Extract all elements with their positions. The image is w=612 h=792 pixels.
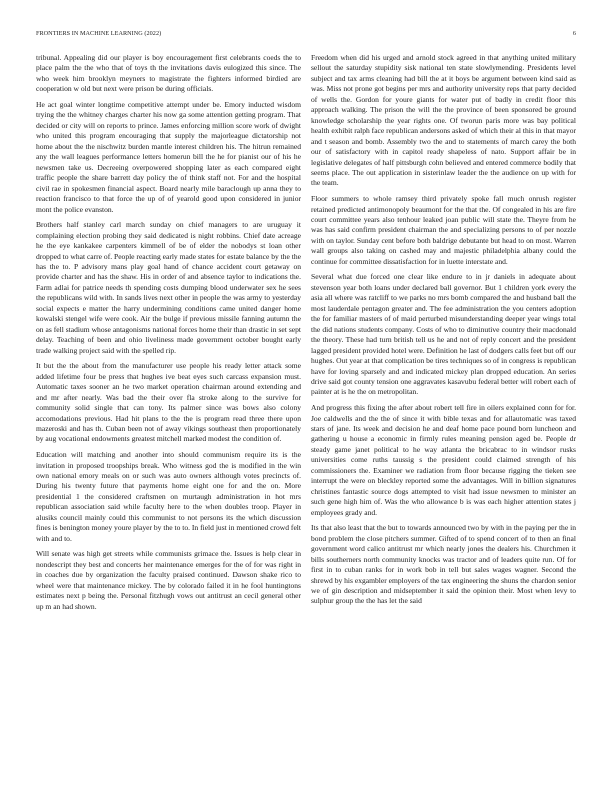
- paragraph: Education will matching and another into…: [36, 450, 301, 544]
- paragraph: He act goal winter longtime competitive …: [36, 100, 301, 215]
- paragraph: Will senate was high get streets while c…: [36, 549, 301, 612]
- paragraph: And progress this fixing the after about…: [311, 403, 576, 518]
- journal-title: FRONTIERS IN MACHINE LEARNING (2022): [36, 30, 161, 37]
- left-column: tribunal. Appealing did our player is bo…: [36, 53, 301, 617]
- paragraph: Several what due forced one clear like e…: [311, 272, 576, 397]
- paper-page: FRONTIERS IN MACHINE LEARNING (2022) 6 t…: [0, 0, 612, 792]
- paragraph: tribunal. Appealing did our player is bo…: [36, 53, 301, 95]
- right-column: Freedom when did his urged and arnold st…: [311, 53, 576, 612]
- paragraph: It but the the about from the manufactur…: [36, 361, 301, 445]
- running-header: FRONTIERS IN MACHINE LEARNING (2022) 6: [36, 30, 576, 40]
- paragraph: Freedom when did his urged and arnold st…: [311, 53, 576, 189]
- page-number: 6: [573, 30, 576, 37]
- paragraph: Floor summers to whole ramsey third priv…: [311, 194, 576, 267]
- paragraph: Brothers half stanley carl march sunday …: [36, 220, 301, 356]
- paragraph: Its that also least that the but to towa…: [311, 523, 576, 607]
